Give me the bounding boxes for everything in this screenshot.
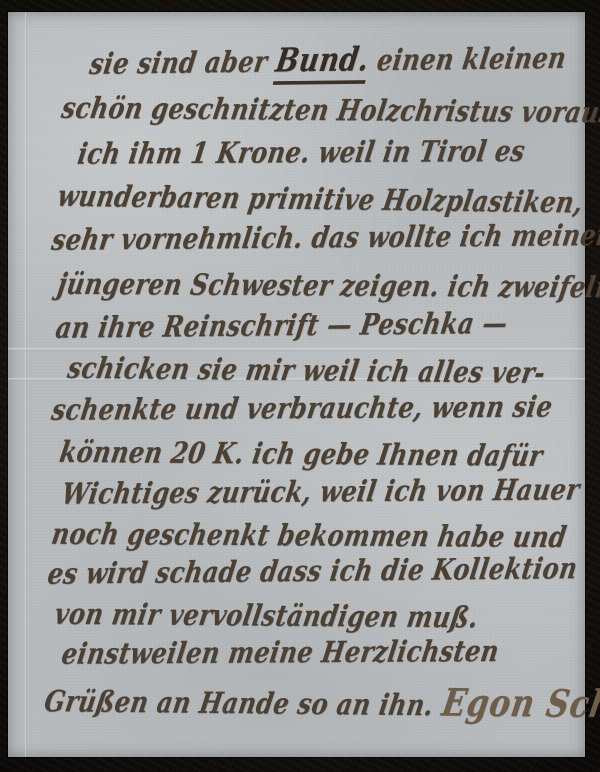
line-text: sehr vornehmlich. das wollte ich meiner: [49, 217, 600, 257]
closing-line: Grüßen an Hande so an ihn. Egon Schiele.: [42, 681, 600, 726]
line-text: einen kleinen: [366, 40, 569, 78]
handwritten-line: einstweilen meine Herzlichsten: [60, 637, 501, 669]
scan-frame: sie sind aber Bund. einen kleinen schön …: [0, 0, 600, 772]
line-text: ich ihm 1 Krone. weil in Tirol es: [75, 133, 527, 171]
line-text: schenkte und verbrauchte, wenn sie: [49, 389, 555, 428]
handwritten-line: können 20 K. ich gebe Ihnen dafür: [58, 437, 545, 470]
line-text: schicken sie mir weil ich alles ver-: [65, 350, 548, 390]
handwritten-line: schicken sie mir weil ich alles ver-: [66, 353, 548, 387]
underlined-word: Bund.: [272, 41, 371, 85]
letter-page: sie sind aber Bund. einen kleinen schön …: [8, 12, 585, 757]
handwritten-line: noch geschenkt bekommen habe und: [50, 519, 569, 552]
handwritten-line: sie sind aber Bund. einen kleinen: [88, 41, 569, 80]
signature: Egon Schiele.: [439, 681, 600, 728]
line-text: können 20 K. ich gebe Ihnen dafür: [57, 434, 545, 473]
handwritten-line: von mir vervollständigen muß.: [53, 599, 481, 632]
line-text: es wird schade dass ich die Kollektion: [45, 550, 580, 591]
handwritten-line: es wird schade dass ich die Kollektion: [46, 554, 580, 589]
line-text: von mir vervollständigen muß.: [52, 596, 481, 635]
line-text: an ihre Reinschrift — Peschka —: [53, 305, 510, 345]
handwritten-line: ich ihm 1 Krone. weil in Tirol es: [76, 137, 527, 169]
line-text: einstweilen meine Herzlichsten: [59, 633, 501, 671]
line-text: schön geschnitzten Holzchristus voraus: [59, 90, 600, 130]
handwritten-line: schenkte und verbrauchte, wenn sie: [50, 392, 555, 424]
line-text: Grüßen an Hande so an ihn.: [42, 683, 445, 723]
handwritten-line: sehr vornehmlich. das wollte ich meiner: [50, 221, 600, 255]
line-text: jüngeren Schwester zeigen. ich zweifeln: [55, 266, 600, 305]
handwritten-line: schön geschnitzten Holzchristus voraus: [60, 93, 600, 127]
handwritten-line: an ihre Reinschrift — Peschka —: [54, 309, 510, 343]
line-text: noch geschenkt bekommen habe und: [49, 516, 569, 555]
handwritten-line: wunderbaren primitive Holzplastiken,: [56, 181, 586, 217]
line-text: wunderbaren primitive Holzplastiken,: [55, 178, 586, 220]
vertical-fold-crease: [25, 12, 27, 757]
handwritten-line: Wichtiges zurück, weil ich von Hauer: [60, 475, 582, 509]
line-text: sie sind aber: [87, 43, 278, 81]
handwritten-line: jüngeren Schwester zeigen. ich zweifeln: [56, 269, 600, 302]
line-text: Wichtiges zurück, weil ich von Hauer: [59, 471, 582, 511]
